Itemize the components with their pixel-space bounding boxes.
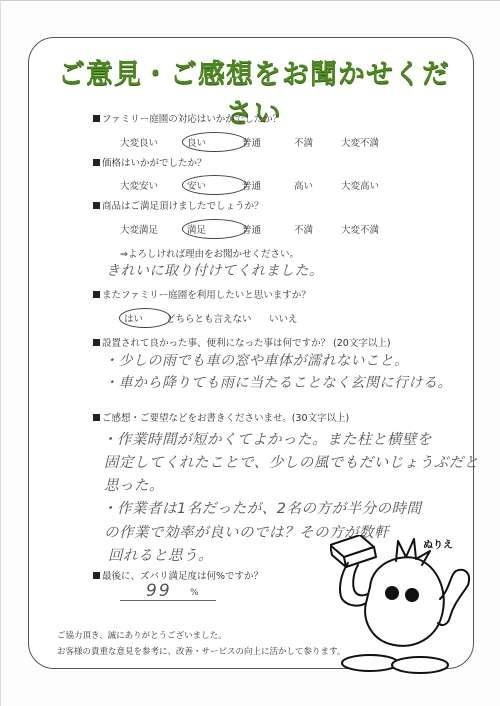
question-1-options: 大変良い 良い 普通 不満 大変不満 bbox=[120, 135, 379, 149]
question-2-options: 大変安い 安い 普通 高い 大変高い bbox=[120, 178, 379, 192]
q4-option-3[interactable]: いいえ bbox=[269, 311, 298, 325]
question-6: ご感想・ご要望などをお書きくださいませ。(30文字以上) bbox=[93, 410, 349, 424]
bullet-square-icon bbox=[93, 159, 100, 166]
q3-option-2-selected[interactable]: 満足 bbox=[187, 222, 242, 236]
question-3-label: 商品はご満足頂けましたでしょうか？ bbox=[102, 201, 264, 212]
question-5-label: 設置されて良かった事、便利になった事は何ですか？ (20文字以上) bbox=[102, 338, 391, 349]
q6-answer-line-4[interactable]: ・作業者は1名だったが、2名の方が半分の時間 bbox=[102, 497, 421, 518]
satisfaction-underline bbox=[120, 600, 216, 601]
question-2-label: 価格はいかがでしたか？ bbox=[102, 158, 207, 169]
bullet-square-icon bbox=[93, 202, 100, 209]
mascot-coloring-icon bbox=[330, 535, 480, 695]
bullet-square-icon bbox=[93, 291, 100, 298]
reason-prompt: ⇒よろしければ理由をお聞かせください。 bbox=[120, 246, 299, 260]
q3-option-3[interactable]: 普通 bbox=[242, 222, 294, 236]
q2-option-4[interactable]: 高い bbox=[294, 178, 341, 192]
q6-answer-line-2[interactable]: 固定してくれたことで、少しの風でもだいじょうぶだと bbox=[104, 451, 479, 472]
q1-option-2-selected[interactable]: 良い bbox=[187, 135, 242, 149]
question-6-label: ご感想・ご要望などをお書きくださいませ。(30文字以上) bbox=[102, 413, 349, 424]
question-7-label: 最後に、ズバリ満足度は何%ですか？ bbox=[102, 571, 263, 582]
q2-option-3[interactable]: 普通 bbox=[242, 178, 294, 192]
q1-option-1[interactable]: 大変良い bbox=[120, 135, 187, 149]
q1-option-4[interactable]: 不満 bbox=[294, 135, 341, 149]
q5-answer-line-2[interactable]: ・車から降りても雨に当たることなく玄関に行ける。 bbox=[104, 372, 452, 392]
q4-option-1-selected[interactable]: はい bbox=[124, 311, 166, 325]
q3-option-5[interactable]: 大変不満 bbox=[341, 222, 379, 236]
bullet-square-icon bbox=[93, 572, 100, 579]
question-4-options: はい どちらとも言えない いいえ bbox=[124, 311, 298, 325]
q2-option-5[interactable]: 大変高い bbox=[341, 178, 379, 192]
q1-option-5[interactable]: 大変不満 bbox=[341, 135, 379, 149]
q6-answer-line-3[interactable]: 思った。 bbox=[104, 474, 164, 495]
q5-answer-line-1[interactable]: ・少しの雨でも車の窓や車体が濡れないこと。 bbox=[104, 350, 409, 370]
bullet-square-icon bbox=[93, 339, 100, 346]
question-3-options: 大変満足 満足 普通 不満 大変不満 bbox=[120, 222, 379, 236]
footer-thanks: ご協力頂き、誠にありがとうございました。 bbox=[57, 629, 227, 641]
q2-option-2-selected[interactable]: 安い bbox=[187, 178, 242, 192]
question-7: 最後に、ズバリ満足度は何%ですか？ bbox=[93, 568, 263, 582]
question-2: 価格はいかがでしたか？ bbox=[93, 155, 207, 169]
reason-answer[interactable]: きれいに取り付けてくれました。 bbox=[106, 260, 324, 280]
question-3: 商品はご満足頂けましたでしょうか？ bbox=[93, 198, 264, 212]
satisfaction-unit: % bbox=[190, 588, 199, 598]
satisfaction-value[interactable]: 99 bbox=[146, 581, 172, 601]
question-4: またファミリー庭園を利用したいと思いますか？ bbox=[93, 287, 311, 301]
q1-option-3[interactable]: 普通 bbox=[242, 135, 294, 149]
bullet-square-icon bbox=[93, 115, 100, 122]
q2-option-1[interactable]: 大変安い bbox=[120, 178, 187, 192]
q6-answer-line-6[interactable]: 回れると思う。 bbox=[108, 544, 213, 565]
bullet-square-icon bbox=[93, 414, 100, 421]
q3-option-1[interactable]: 大変満足 bbox=[120, 222, 187, 236]
q6-answer-line-1[interactable]: ・作業時間が短かくてよかった。また柱と横壁を bbox=[102, 428, 432, 449]
q4-option-2[interactable]: どちらとも言えない bbox=[166, 311, 269, 325]
question-5: 設置されて良かった事、便利になった事は何ですか？ (20文字以上) bbox=[93, 335, 391, 349]
question-1-label: ファミリー庭園の対応はいかがでしたか？ bbox=[102, 114, 282, 125]
question-1: ファミリー庭園の対応はいかがでしたか？ bbox=[93, 111, 282, 125]
q3-option-4[interactable]: 不満 bbox=[294, 222, 341, 236]
footer-message: お客様の貴重な意見を参考に、改善・サービスの向上に活かして参ります。 bbox=[57, 645, 345, 657]
question-4-label: またファミリー庭園を利用したいと思いますか？ bbox=[102, 290, 311, 301]
